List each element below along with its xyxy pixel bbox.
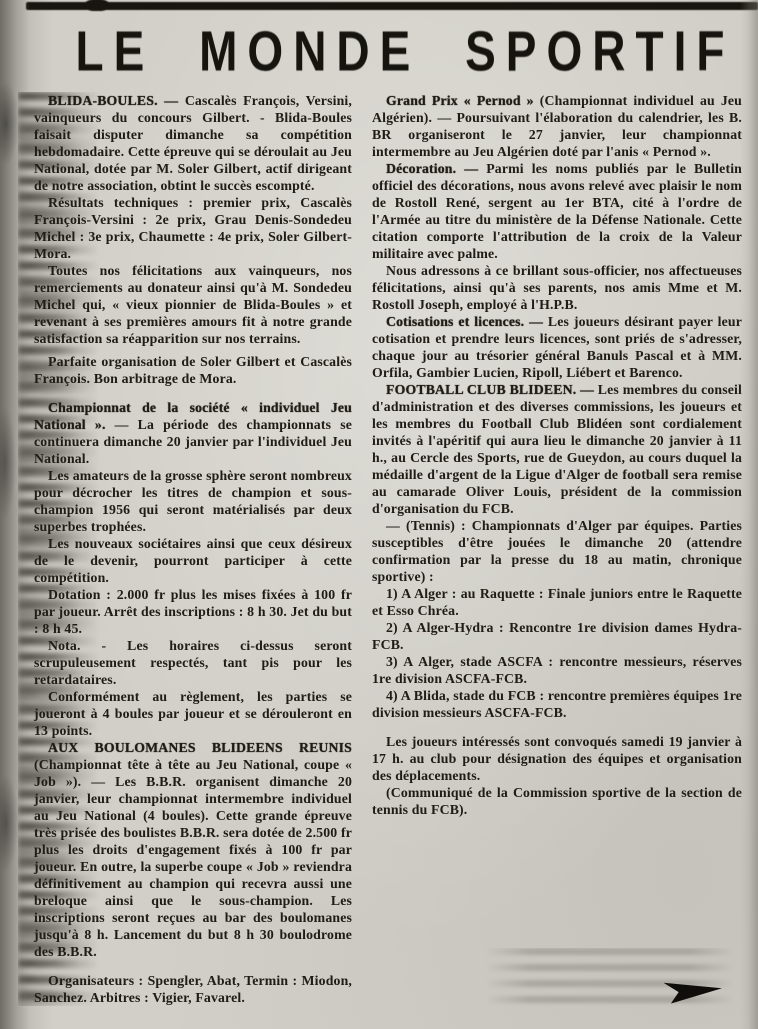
scan-edge-shadow (0, 0, 30, 1029)
paragraph-lead: Grand Prix « Pernod » (386, 93, 540, 108)
paragraph-lead: FOOTBALL CLUB BLIDEEN. — (386, 382, 598, 397)
paragraph: Les nouveaux sociétaires ainsi que ceux … (34, 535, 352, 586)
paragraph: Cotisations et licences. — Les joueurs d… (372, 313, 742, 381)
paragraph: BLIDA-BOULES. — Cascalès François, Versi… (34, 92, 352, 194)
paragraph: Résultats techniques : premier prix, Cas… (34, 194, 352, 262)
paragraph: 1) A Alger : au Raquette : Finale junior… (372, 585, 742, 619)
masthead-rule (26, 2, 758, 10)
paragraph: Dotation : 2.000 fr plus les mises fixée… (34, 586, 352, 637)
paragraph: 2) A Alger-Hydra : Rencontre 1re divisio… (372, 619, 742, 653)
paragraph: FOOTBALL CLUB BLIDEEN. — Les membres du … (372, 381, 742, 517)
paragraph: Grand Prix « Pernod » (Championnat indiv… (372, 92, 742, 160)
paragraph-lead: Cotisations et licences. — (386, 314, 548, 329)
paragraph: Championnat de la société « individuel J… (34, 399, 352, 467)
page-title: LE MONDE SPORTIF (76, 18, 735, 84)
newspaper-page: LE MONDE SPORTIF BLIDA-BOULES. — Cascalè… (0, 0, 758, 1029)
paragraph: Toutes nos félicitations aux vainqueurs,… (34, 262, 352, 347)
article-body: BLIDA-BOULES. — Cascalès François, Versi… (34, 92, 742, 1006)
paragraph: (Communiqué de la Commission sportive de… (372, 784, 742, 818)
left-column: BLIDA-BOULES. — Cascalès François, Versi… (34, 92, 352, 1006)
paragraph-lead: BLIDA-BOULES. — (48, 93, 185, 108)
right-column: Grand Prix « Pernod » (Championnat indiv… (372, 92, 742, 1006)
paragraph: Les amateurs de la grosse sphère seront … (34, 467, 352, 535)
paragraph: 4) A Blida, stade du FCB : rencontre pre… (372, 687, 742, 721)
paragraph: Organisateurs : Spengler, Abat, Termin :… (34, 972, 352, 1006)
paragraph: 3) A Alger, stade ASCFA : rencontre mess… (372, 653, 742, 687)
paragraph: AUX BOULOMANES BLIDEENS REUNIS (Champion… (34, 739, 352, 960)
paragraph-lead: Décoration. — (386, 161, 486, 176)
scan-edge-right (740, 0, 758, 1029)
paragraph: Parfaite organisation de Soler Gilbert e… (34, 353, 352, 387)
paragraph-lead: Championnat de la société « individuel J… (34, 400, 352, 432)
paragraph: Nota. - Les horaires ci-dessus seront sc… (34, 637, 352, 688)
paragraph: Nous adressons à ce brillant sous-offici… (372, 262, 742, 313)
paragraph: Décoration. — Parmi les noms publiés par… (372, 160, 742, 262)
paragraph: Les joueurs intéressés sont convoqués sa… (372, 733, 742, 784)
paragraph: — (Tennis) : Championnats d'Alger par éq… (372, 517, 742, 585)
paragraph-lead: AUX BOULOMANES BLIDEENS REUNIS (48, 740, 352, 755)
paragraph: Conformément au règlement, les parties s… (34, 688, 352, 739)
